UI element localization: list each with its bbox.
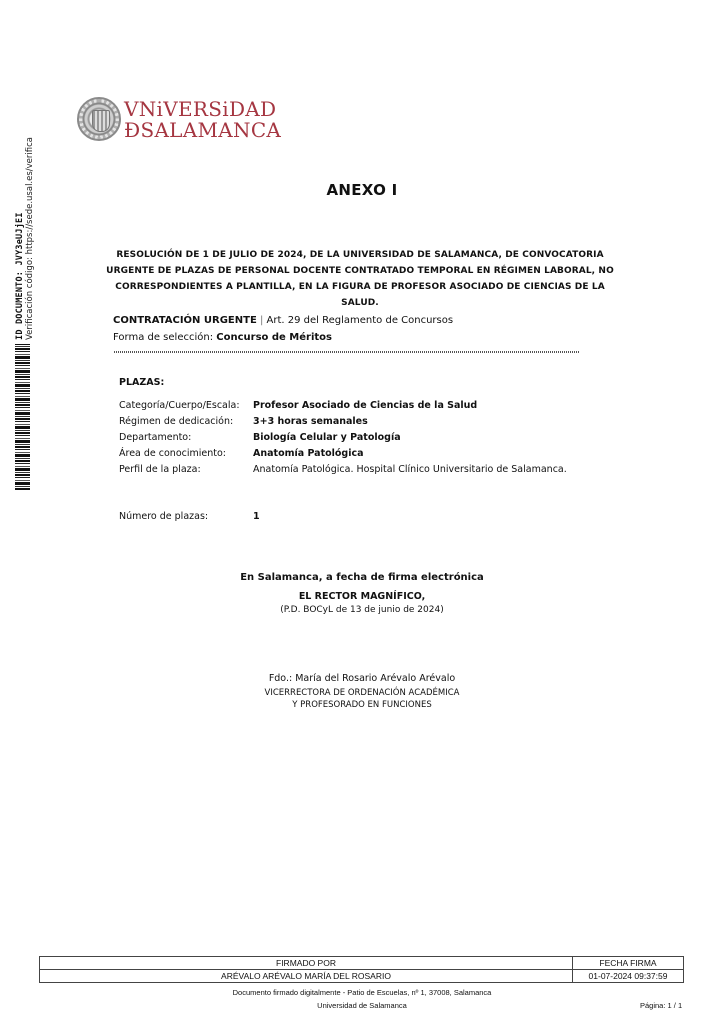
detail-label: Perfil de la plaza:	[119, 462, 253, 478]
resolution-line: CORRESPONDIENTES A PLANTILLA, EN LA FIGU…	[100, 279, 620, 311]
detail-label: Departamento:	[119, 430, 253, 446]
plazas-count-label: Número de plazas:	[119, 511, 253, 522]
place-date: En Salamanca, a fecha de firma electróni…	[0, 572, 724, 583]
detail-value: Anatomía Patológica. Hospital Clínico Un…	[253, 462, 567, 478]
barcode-icon	[15, 344, 30, 490]
plazas-count: Número de plazas: 1	[119, 511, 260, 522]
selection-label: Forma de selección:	[113, 332, 213, 343]
separator: |	[260, 315, 263, 326]
plazas-details: Categoría/Cuerpo/Escala:Profesor Asociad…	[119, 398, 567, 478]
contract-type: CONTRATACIÓN URGENTE	[113, 315, 257, 326]
rector-title: EL RECTOR MAGNÍFICO,	[0, 591, 724, 602]
signatory-position-2: Y PROFESORADO EN FUNCIONES	[0, 700, 724, 710]
resolution-heading: RESOLUCIÓN DE 1 DE JULIO DE 2024, DE LA …	[100, 247, 620, 311]
detail-value: Profesor Asociado de Ciencias de la Salu…	[253, 398, 477, 414]
detail-row: Régimen de dedicación:3+3 horas semanale…	[119, 414, 567, 430]
selection-value: Concurso de Méritos	[216, 332, 332, 343]
document-id: ID DOCUMENTO: JVY3eUJjEI	[15, 212, 25, 340]
date-header: FECHA FIRMA	[573, 957, 684, 970]
detail-label: Régimen de dedicación:	[119, 414, 253, 430]
contract-article: Art. 29 del Reglamento de Concursos	[267, 315, 454, 326]
detail-row: Área de conocimiento:Anatomía Patológica	[119, 446, 567, 462]
detail-row: Categoría/Cuerpo/Escala:Profesor Asociad…	[119, 398, 567, 414]
logo-line-1: VNiVERSiDAD	[124, 99, 281, 120]
signed-by-value: ARÉVALO ARÉVALO MARÍA DEL ROSARIO	[40, 970, 573, 983]
resolution-line: URGENTE DE PLAZAS DE PERSONAL DOCENTE CO…	[100, 263, 620, 279]
page-title: ANEXO I	[0, 181, 724, 199]
detail-row: Perfil de la plaza:Anatomía Patológica. …	[119, 462, 567, 478]
signatory-name: Fdo.: María del Rosario Arévalo Arévalo	[0, 673, 724, 684]
plazas-count-value: 1	[253, 511, 260, 522]
detail-value: Biología Celular y Patología	[253, 430, 401, 446]
footer-note: Documento firmado digitalmente - Patio d…	[0, 988, 724, 997]
detail-row: Departamento:Biología Celular y Patologí…	[119, 430, 567, 446]
document-id-label: ID DOCUMENTO:	[15, 271, 25, 340]
page-number: Página: 1 / 1	[640, 1001, 682, 1010]
detail-label: Área de conocimiento:	[119, 446, 253, 462]
plazas-heading: PLAZAS:	[119, 377, 164, 388]
detail-label: Categoría/Cuerpo/Escala:	[119, 398, 253, 414]
signatory-position-1: VICERRECTORA DE ORDENACIÓN ACADÉMICA	[0, 688, 724, 698]
verification-strip: ID DOCUMENTO: JVY3eUJjEI Verificación có…	[6, 176, 36, 496]
verification-url[interactable]: Verificación código: https://sede.usal.e…	[25, 137, 35, 340]
signed-by-header: FIRMADO POR	[40, 957, 573, 970]
detail-value: 3+3 horas semanales	[253, 414, 368, 430]
logo-wordmark: VNiVERSiDAD ÐSALAMANCA	[124, 99, 281, 141]
logo-line-2: ÐSALAMANCA	[124, 120, 281, 141]
footer-institution: Universidad de Salamanca	[0, 1001, 724, 1010]
dotted-divider	[114, 351, 580, 353]
document-id-value: JVY3eUJjEI	[15, 212, 25, 265]
university-crest-icon	[77, 97, 121, 141]
delegation-note: (P.D. BOCyL de 13 de junio de 2024)	[0, 605, 724, 615]
detail-value: Anatomía Patológica	[253, 446, 364, 462]
date-value: 01-07-2024 09:37:59	[573, 970, 684, 983]
signature-table: FIRMADO POR FECHA FIRMA ARÉVALO ARÉVALO …	[39, 956, 684, 983]
university-logo: VNiVERSiDAD ÐSALAMANCA	[77, 97, 247, 145]
contract-info: CONTRATACIÓN URGENTE | Art. 29 del Regla…	[113, 312, 453, 346]
resolution-line: RESOLUCIÓN DE 1 DE JULIO DE 2024, DE LA …	[100, 247, 620, 263]
